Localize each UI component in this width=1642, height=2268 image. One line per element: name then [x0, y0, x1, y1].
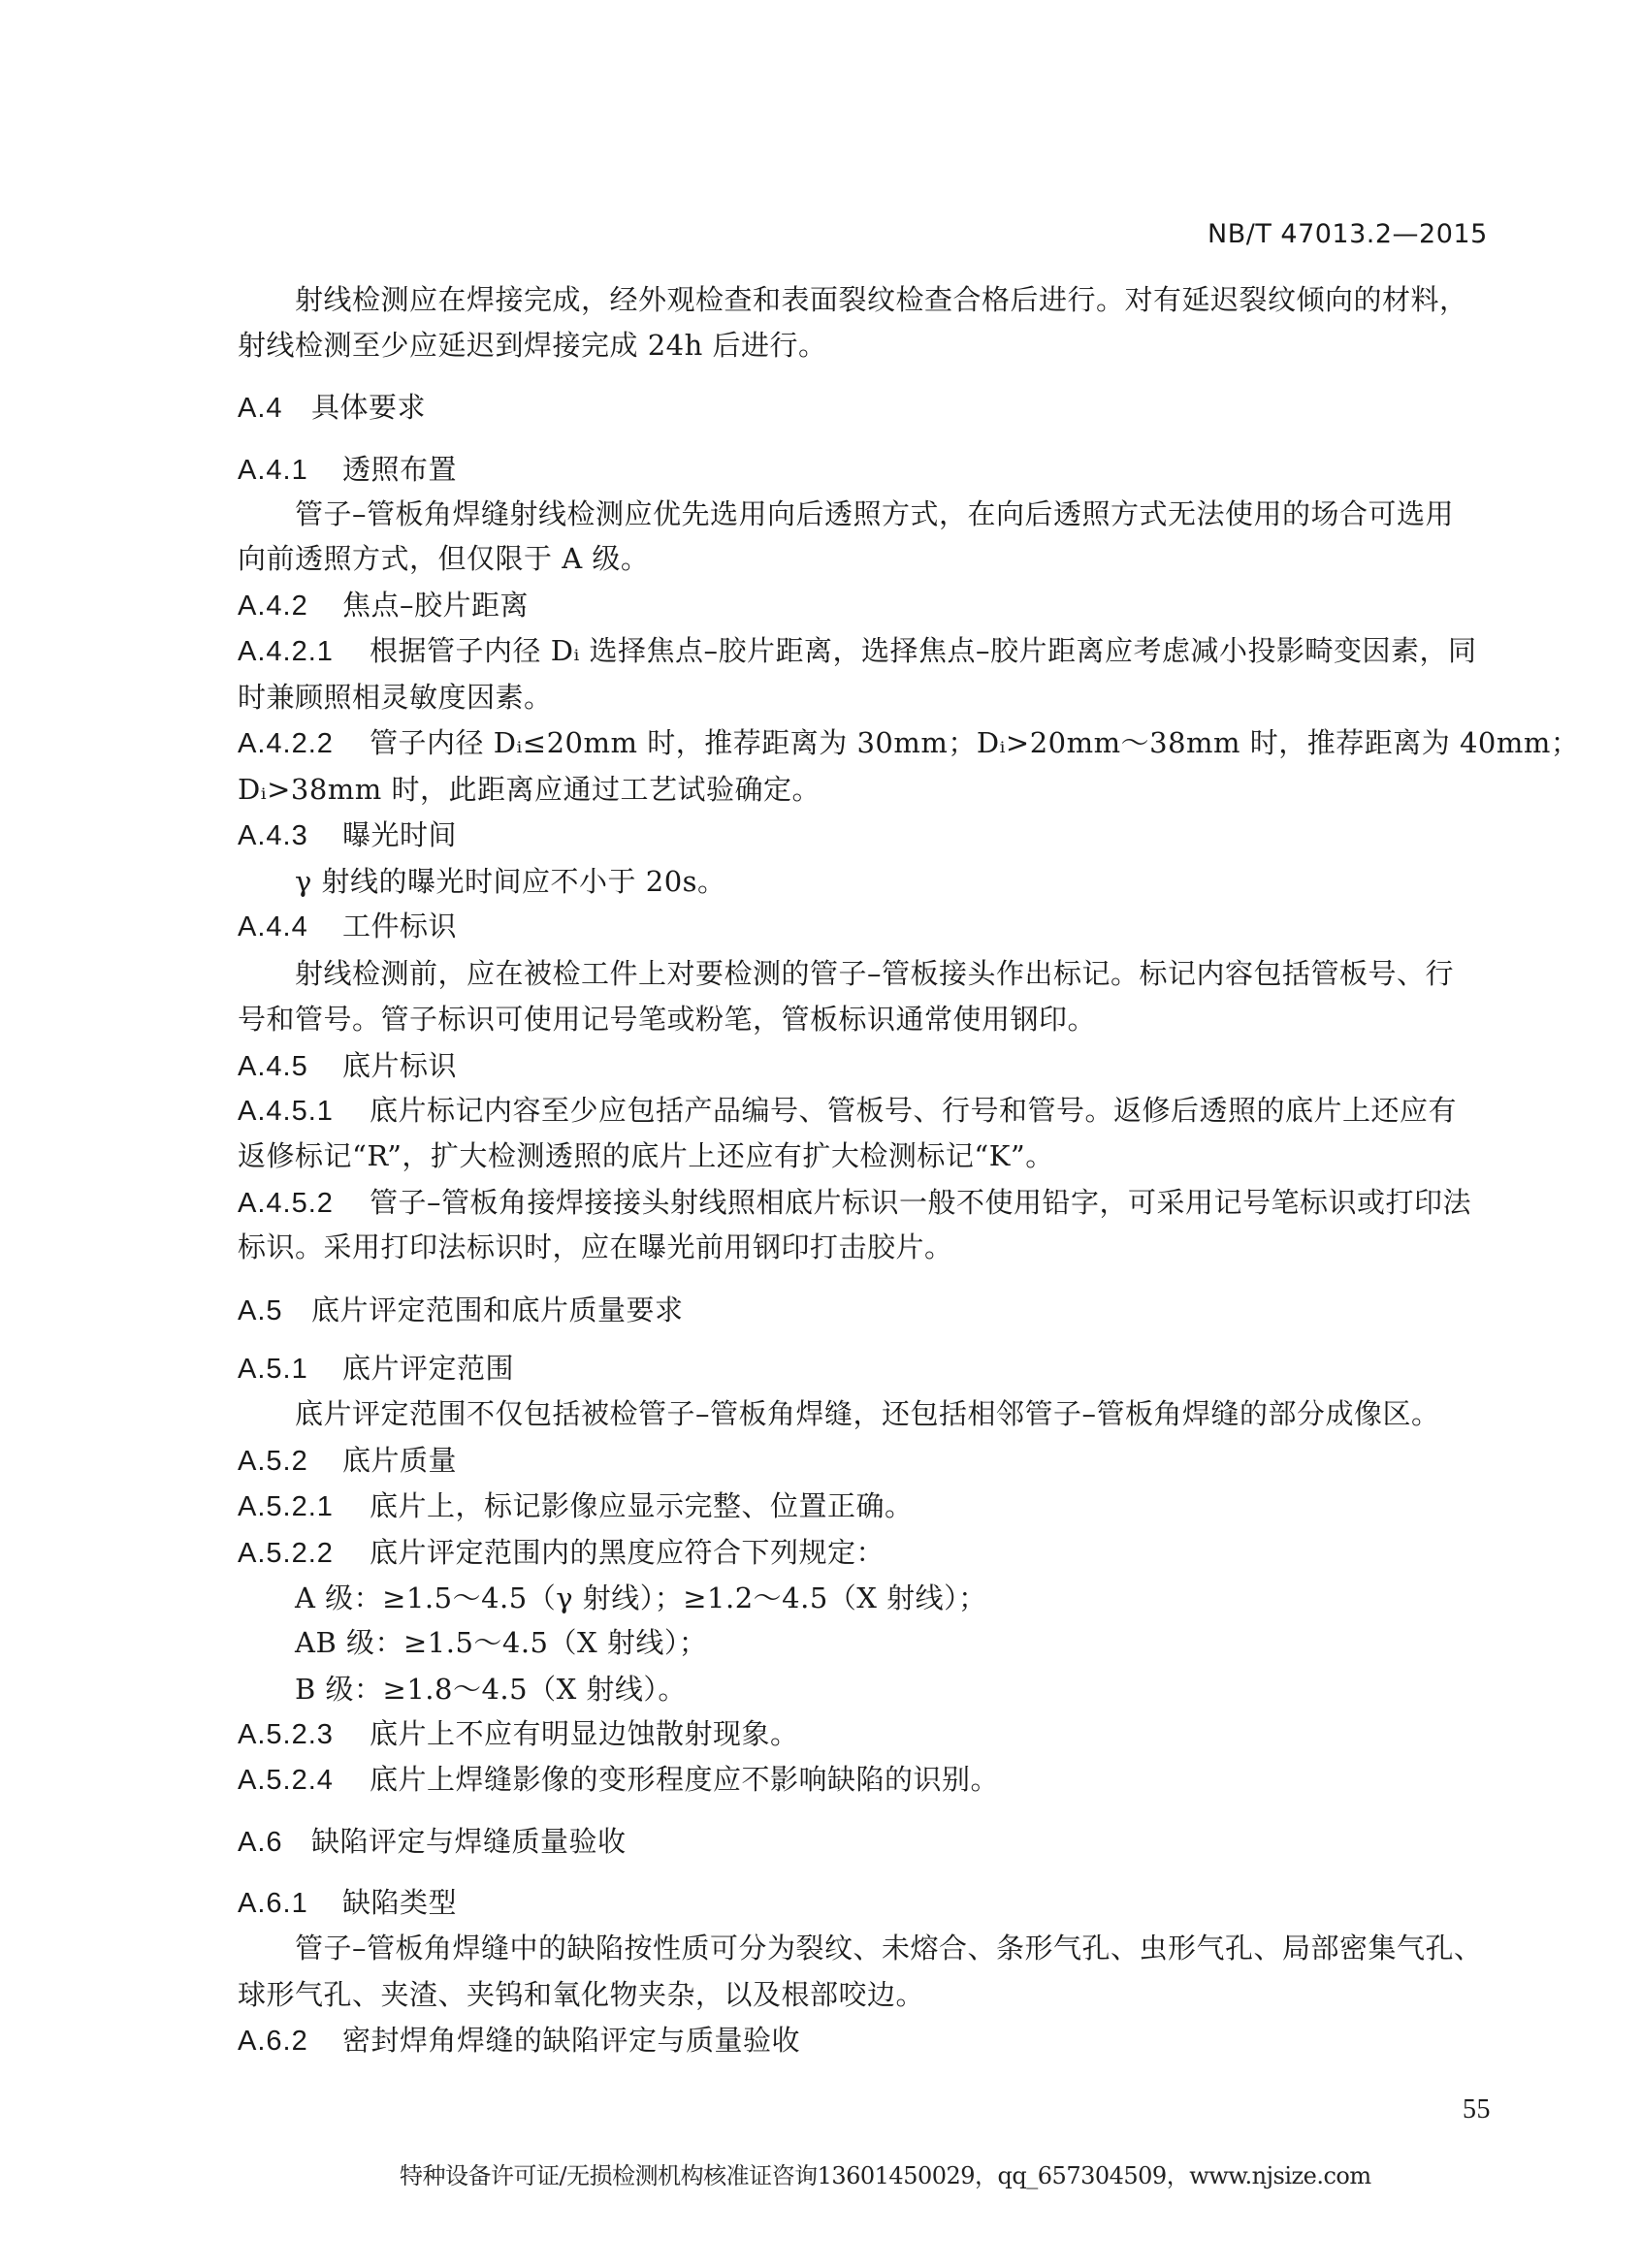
list-item-grade-ab: AB 级：≥1.5～4.5（X 射线）；: [295, 1625, 707, 1660]
paragraph-line: 球形气孔、夹渣、夹钨和氧化物夹杂，以及根部咬边。: [238, 1977, 924, 2012]
paragraph-line: 标识。采用打印法标识时，应在曝光前用钢印打击胶片。: [238, 1230, 953, 1264]
clause-heading-a4-4: A.4.4工件标识: [238, 909, 457, 944]
section-title: 具体要求: [311, 391, 426, 424]
clause-a4-2-2: A.4.2.2管子内径 Dᵢ≤20mm 时，推荐距离为 30mm；Dᵢ>20mm…: [238, 725, 1579, 761]
clause-text: 根据管子内径 Dᵢ 选择焦点–胶片距离，选择焦点–胶片距离应考虑减小投影畸变因素…: [370, 634, 1477, 667]
paragraph-line: 时兼顾照相灵敏度因素。: [238, 680, 553, 715]
clause-title: 底片质量: [342, 1444, 457, 1477]
clause-text: 底片上，标记影像应显示完整、位置正确。: [370, 1489, 914, 1522]
clause-a5-2-3: A.5.2.3底片上不应有明显边蚀散射现象。: [238, 1716, 799, 1752]
clause-number: A.5.2.3: [238, 1717, 370, 1752]
paragraph-line: 管子–管板角焊缝射线检测应优先选用向后透照方式，在向后透照方式无法使用的场合可选…: [295, 496, 1454, 531]
clause-heading-a4-5: A.4.5底片标识: [238, 1048, 457, 1084]
section-number: A.6: [238, 1825, 311, 1860]
section-number: A.4: [238, 391, 311, 426]
clause-a4-5-2: A.4.5.2管子–管板角接焊接接头射线照相底片标识一般不使用铅字，可采用记号笔…: [238, 1185, 1471, 1221]
clause-text: 底片评定范围内的黑度应符合下列规定：: [370, 1536, 885, 1569]
clause-heading-a5-1: A.5.1底片评定范围: [238, 1351, 514, 1387]
clause-title: 工件标识: [342, 910, 457, 942]
section-heading-a4: A.4具体要求: [238, 390, 426, 426]
section-heading-a6: A.6缺陷评定与焊缝质量验收: [238, 1824, 627, 1860]
paragraph-line: 管子–管板角焊缝中的缺陷按性质可分为裂纹、未熔合、条形气孔、虫形气孔、局部密集气…: [295, 1931, 1483, 1965]
paragraph-line: 返修标记“R”，扩大检测透照的底片上还应有扩大检测标记“K”。: [238, 1138, 1054, 1173]
paragraph-line: Dᵢ>38mm 时，此距离应通过工艺试验确定。: [238, 772, 821, 807]
document-id-header: NB/T 47013.2—2015: [1207, 217, 1488, 252]
clause-number: A.4.3: [238, 818, 342, 853]
clause-heading-a4-3: A.4.3曝光时间: [238, 817, 457, 853]
section-title: 底片评定范围和底片质量要求: [311, 1294, 684, 1326]
clause-title: 透照布置: [342, 453, 457, 486]
clause-text: 底片上焊缝影像的变形程度应不影响缺陷的识别。: [370, 1763, 999, 1796]
clause-number: A.5.2.1: [238, 1489, 370, 1524]
clause-number: A.5.1: [238, 1352, 342, 1387]
clause-a5-2-2: A.5.2.2底片评定范围内的黑度应符合下列规定：: [238, 1535, 885, 1571]
paragraph-line: 向前透照方式，但仅限于 A 级。: [238, 541, 649, 576]
section-heading-a5: A.5底片评定范围和底片质量要求: [238, 1293, 684, 1328]
clause-title: 底片标识: [342, 1049, 457, 1082]
paragraph-line: 号和管号。管子标识可使用记号笔或粉笔，管板标识通常使用钢印。: [238, 1002, 1096, 1037]
clause-text: 底片标记内容至少应包括产品编号、管板号、行号和管号。返修后透照的底片上还应有: [370, 1094, 1457, 1127]
clause-number: A.5.2: [238, 1444, 342, 1479]
clause-number: A.4.2: [238, 589, 342, 623]
clause-heading-a5-2: A.5.2底片质量: [238, 1443, 457, 1479]
clause-number: A.5.2.4: [238, 1763, 370, 1798]
paragraph-line: 射线检测应在焊接完成，经外观检查和表面裂纹检查合格后进行。对有延迟裂纹倾向的材料…: [295, 282, 1468, 317]
list-item-grade-b: B 级：≥1.8～4.5（X 射线）。: [295, 1672, 687, 1707]
paragraph-line: γ 射线的曝光时间应不小于 20s。: [295, 864, 726, 899]
clause-text: 管子内径 Dᵢ≤20mm 时，推荐距离为 30mm；Dᵢ>20mm～38mm 时…: [370, 726, 1579, 759]
clause-a4-5-1: A.4.5.1底片标记内容至少应包括产品编号、管板号、行号和管号。返修后透照的底…: [238, 1093, 1457, 1129]
paragraph-line: 底片评定范围不仅包括被检管子–管板角焊缝，还包括相邻管子–管板角焊缝的部分成像区…: [295, 1396, 1440, 1431]
section-number: A.5: [238, 1294, 311, 1328]
clause-number: A.4.4: [238, 910, 342, 944]
footer-watermark: 特种设备许可证/无损检测机构核准证咨询13601450029，qq_657304…: [400, 2158, 1371, 2193]
clause-number: A.5.2.2: [238, 1536, 370, 1571]
clause-title: 缺陷类型: [342, 1886, 457, 1919]
clause-number: A.4.1: [238, 453, 342, 488]
clause-title: 焦点–胶片距离: [342, 589, 529, 622]
page-number: 55: [1463, 2092, 1491, 2127]
clause-text: 底片上不应有明显边蚀散射现象。: [370, 1717, 799, 1750]
clause-heading-a4-2: A.4.2焦点–胶片距离: [238, 588, 529, 623]
clause-title: 底片评定范围: [342, 1352, 514, 1385]
clause-a5-2-1: A.5.2.1底片上，标记影像应显示完整、位置正确。: [238, 1488, 914, 1524]
clause-heading-a4-1: A.4.1透照布置: [238, 452, 457, 488]
clause-text: 管子–管板角接焊接接头射线照相底片标识一般不使用铅字，可采用记号笔标识或打印法: [370, 1186, 1471, 1219]
paragraph-line: 射线检测前，应在被检工件上对要检测的管子–管板接头作出标记。标记内容包括管板号、…: [295, 956, 1454, 991]
paragraph-line: 射线检测至少应延迟到焊接完成 24h 后进行。: [238, 328, 827, 363]
clause-title: 曝光时间: [342, 818, 457, 851]
clause-number: A.4.2.2: [238, 726, 370, 761]
clause-a4-2-1: A.4.2.1根据管子内径 Dᵢ 选择焦点–胶片距离，选择焦点–胶片距离应考虑减…: [238, 633, 1477, 669]
clause-number: A.6.1: [238, 1886, 342, 1921]
section-title: 缺陷评定与焊缝质量验收: [311, 1825, 627, 1858]
clause-heading-a6-1: A.6.1缺陷类型: [238, 1885, 457, 1921]
clause-number: A.4.2.1: [238, 634, 370, 669]
clause-heading-a6-2: A.6.2密封焊角焊缝的缺陷评定与质量验收: [238, 2023, 800, 2059]
clause-a5-2-4: A.5.2.4底片上焊缝影像的变形程度应不影响缺陷的识别。: [238, 1762, 999, 1798]
clause-title: 密封焊角焊缝的缺陷评定与质量验收: [342, 2024, 800, 2057]
list-item-grade-a: A 级：≥1.5～4.5（γ 射线）；≥1.2～4.5（X 射线）；: [295, 1581, 987, 1615]
clause-number: A.6.2: [238, 2024, 342, 2059]
clause-number: A.4.5.1: [238, 1094, 370, 1129]
clause-number: A.4.5.2: [238, 1186, 370, 1221]
clause-number: A.4.5: [238, 1049, 342, 1084]
